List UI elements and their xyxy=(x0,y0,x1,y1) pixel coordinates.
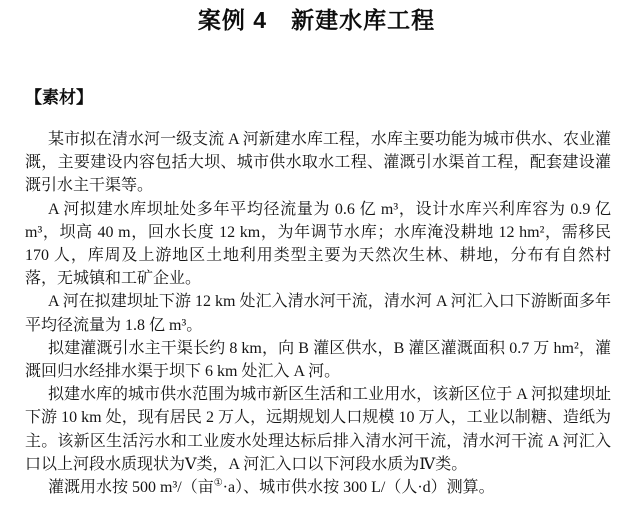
paragraph-project-overview: 某市拟在清水河一级支流 A 河新建水库工程，水库主要功能为城市供水、农业灌溉，主… xyxy=(25,128,611,198)
paragraph-river-confluence: A 河在拟建坝址下游 12 km 处汇入清水河干流，清水河 A 河汇入口下游断面… xyxy=(25,290,611,336)
section-header: 【素材】 xyxy=(25,88,633,107)
paragraph-reservoir-parameters: A 河拟建水库坝址处多年平均径流量为 0.6 亿 m³，设计水库兴利库容为 0.… xyxy=(25,198,611,291)
document-body: 某市拟在清水河一级支流 A 河新建水库工程，水库主要功能为城市供水、农业灌溉，主… xyxy=(25,128,611,499)
paragraph-urban-water-supply: 拟建水库的城市供水范围为城市新区生活和工业用水，该新区位于 A 河拟建坝址下游 … xyxy=(25,383,611,476)
water-use-text-pre: 灌溉用水按 500 m³/（亩 xyxy=(48,479,214,496)
document-page: 案例 4 新建水库工程 【素材】 某市拟在清水河一级支流 A 河新建水库工程，水… xyxy=(0,0,633,512)
water-use-text-post: ·a）、城市供水按 300 L/（人·d）测算。 xyxy=(223,479,495,496)
paragraph-water-use-rates: 灌溉用水按 500 m³/（亩①·a）、城市供水按 300 L/（人·d）测算。 xyxy=(25,476,611,499)
footnote-marker: ① xyxy=(214,478,223,489)
paragraph-irrigation-canal: 拟建灌溉引水主干渠长约 8 km，向 B 灌区供水，B 灌区灌溉面积 0.7 万… xyxy=(25,337,611,383)
page-title: 案例 4 新建水库工程 xyxy=(0,6,633,34)
